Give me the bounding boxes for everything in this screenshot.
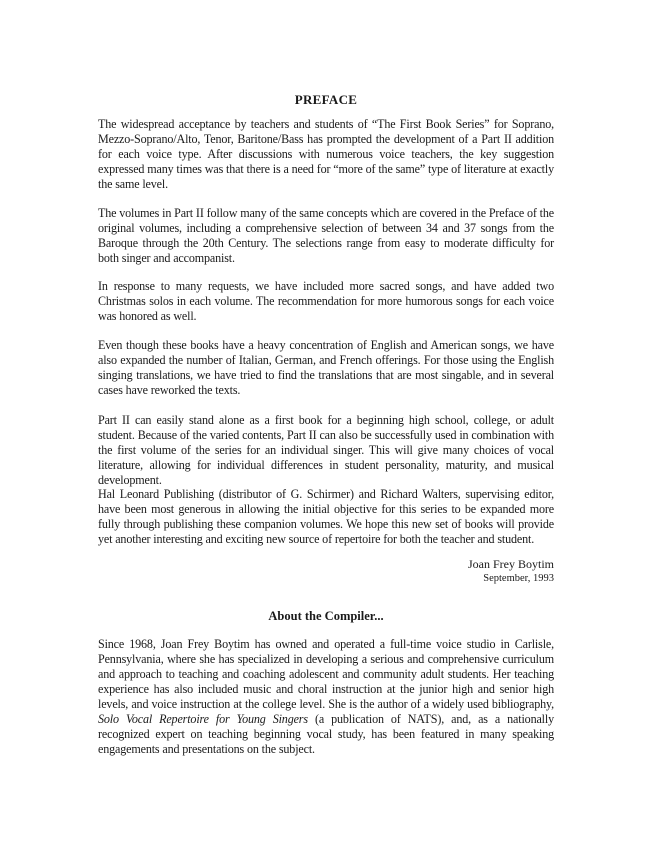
compiler-paragraph: Since 1968, Joan Frey Boytim has owned a… [98,637,554,757]
preface-paragraph-6: Hal Leonard Publishing (distributor of G… [98,487,554,547]
preface-paragraph-1: The widespread acceptance by teachers an… [98,117,554,192]
preface-paragraph-5: Part II can easily stand alone as a firs… [98,413,554,488]
signature-name: Joan Frey Boytim [468,557,554,572]
preface-paragraph-3: In response to many requests, we have in… [98,279,554,324]
preface-paragraph-2: The volumes in Part II follow many of th… [98,206,554,266]
book-title: Solo Vocal Repertoire for Young Singers [98,712,308,726]
preface-title: PREFACE [98,92,554,108]
preface-paragraph-4: Even though these books have a heavy con… [98,338,554,398]
signature-date: September, 1993 [483,573,554,584]
compiler-title: About the Compiler... [98,609,554,624]
compiler-text-start: Since 1968, Joan Frey Boytim has owned a… [98,637,554,711]
